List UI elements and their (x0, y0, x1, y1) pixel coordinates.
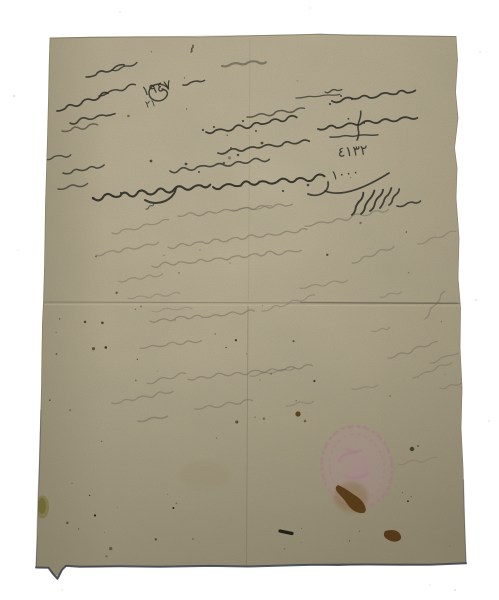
foxing-speck (116, 292, 118, 294)
brown-dot (304, 420, 307, 423)
foxing-speck (72, 483, 73, 484)
foxing-speck (49, 399, 51, 401)
foxing-speck (216, 437, 217, 438)
ink-dot (202, 129, 204, 131)
tan-smudge (179, 461, 231, 489)
foxing-speck (408, 272, 409, 273)
foxing-speck (402, 492, 403, 493)
pencil-dot (259, 379, 261, 381)
foxing-speck (113, 196, 115, 198)
foxing-speck (104, 532, 105, 533)
foxing-speck (301, 528, 302, 529)
foxing-speck (94, 514, 96, 516)
foxing-speck (109, 547, 112, 550)
foxing-speck (117, 507, 118, 508)
foxing-speck (411, 496, 412, 497)
ink-dot (340, 95, 342, 97)
foxing-speck (406, 231, 408, 233)
bottom-edge-shadow (36, 563, 466, 579)
foxing-speck (92, 197, 95, 200)
foxing-speck (235, 420, 238, 423)
brown-dot (295, 411, 300, 416)
dark-speck (410, 447, 414, 451)
foxing-speck (359, 531, 360, 532)
foxing-speck (135, 309, 136, 310)
foxing-speck (127, 115, 129, 117)
foxing-speck (270, 373, 272, 375)
foxing-speck (350, 177, 351, 178)
foxing-speck (155, 538, 157, 540)
pencil-dot (229, 262, 231, 264)
numeral-reference: ٤١٣٢ (337, 142, 368, 161)
foxing-speck (135, 380, 137, 382)
foxing-speck (296, 400, 297, 401)
foxing-speck (235, 339, 237, 341)
foxing-speck (186, 108, 187, 109)
ink-dot (242, 120, 244, 122)
ink-dot (261, 142, 264, 145)
ink-dot (255, 130, 257, 132)
ink-dot (329, 103, 331, 105)
foxing-speck (151, 51, 152, 52)
foxing-speck (66, 522, 69, 525)
foxing-speck (172, 507, 174, 509)
foxing-speck (363, 508, 364, 509)
foxing-speck (223, 162, 225, 164)
numeral-day: ٢١ (144, 98, 157, 111)
ink-dot (282, 190, 284, 192)
foxing-speck (225, 347, 226, 348)
foxing-speck (164, 255, 165, 256)
foxing-speck (301, 542, 302, 543)
ink-dot (363, 122, 365, 124)
ink-dot (198, 171, 200, 173)
ink-dot (213, 126, 215, 128)
foxing-speck (95, 256, 96, 257)
foxing-speck (78, 528, 79, 529)
document-photo: ١٩٤٧ ٢١ ٤١٣٢ ١٠٠٠ (0, 0, 499, 600)
ink-dot (120, 192, 122, 194)
photo-scene: ١٩٤٧ ٢١ ٤١٣٢ ١٠٠٠ (0, 0, 499, 600)
foxing-speck (246, 353, 247, 354)
foxing-speck (167, 494, 168, 495)
pencil-dot (174, 319, 176, 321)
foxing-speck (359, 222, 361, 224)
foxing-speck (449, 546, 450, 547)
foxing-speck (157, 371, 158, 372)
foxing-speck (215, 333, 216, 334)
dark-speck (417, 445, 419, 447)
foxing-speck (101, 321, 104, 324)
ink-dot (307, 184, 310, 187)
foxing-speck (92, 347, 95, 350)
foxing-speck (56, 353, 58, 355)
foxing-speck (101, 441, 102, 442)
foxing-speck (263, 417, 265, 419)
foxing-speck (293, 340, 295, 342)
foxing-speck (445, 374, 446, 375)
foxing-speck (348, 118, 350, 120)
foxing-speck (59, 318, 60, 319)
foxing-speck (255, 417, 256, 418)
foxing-speck (313, 380, 315, 382)
foxing-speck (89, 495, 90, 496)
ink-dot (351, 98, 353, 100)
foxing-speck (84, 321, 87, 324)
foxing-speck (284, 548, 285, 549)
foxing-speck (56, 332, 57, 333)
foxing-speck (137, 359, 139, 361)
foxing-speck (69, 409, 71, 411)
foxing-speck (184, 77, 185, 78)
foxing-speck (140, 306, 142, 308)
foxing-speck (192, 538, 193, 539)
ink-dot (185, 163, 188, 166)
foxing-speck (105, 555, 107, 557)
foxing-speck (349, 541, 350, 542)
foxing-speck (326, 254, 328, 256)
foxing-speck (228, 156, 231, 159)
foxing-speck (226, 134, 228, 136)
foxing-speck (407, 500, 409, 502)
olive-stain-core (38, 498, 46, 514)
ink-dot (237, 154, 239, 156)
foxing-speck (441, 321, 442, 322)
foxing-speck (389, 395, 391, 397)
pencil-dot (199, 249, 201, 251)
ink-dot (230, 147, 232, 149)
foxing-speck (262, 305, 263, 306)
foxing-speck (178, 272, 180, 274)
foxing-speck (105, 346, 108, 349)
foxing-speck (297, 80, 298, 81)
foxing-speck (176, 503, 178, 505)
ink-dot (150, 160, 153, 163)
